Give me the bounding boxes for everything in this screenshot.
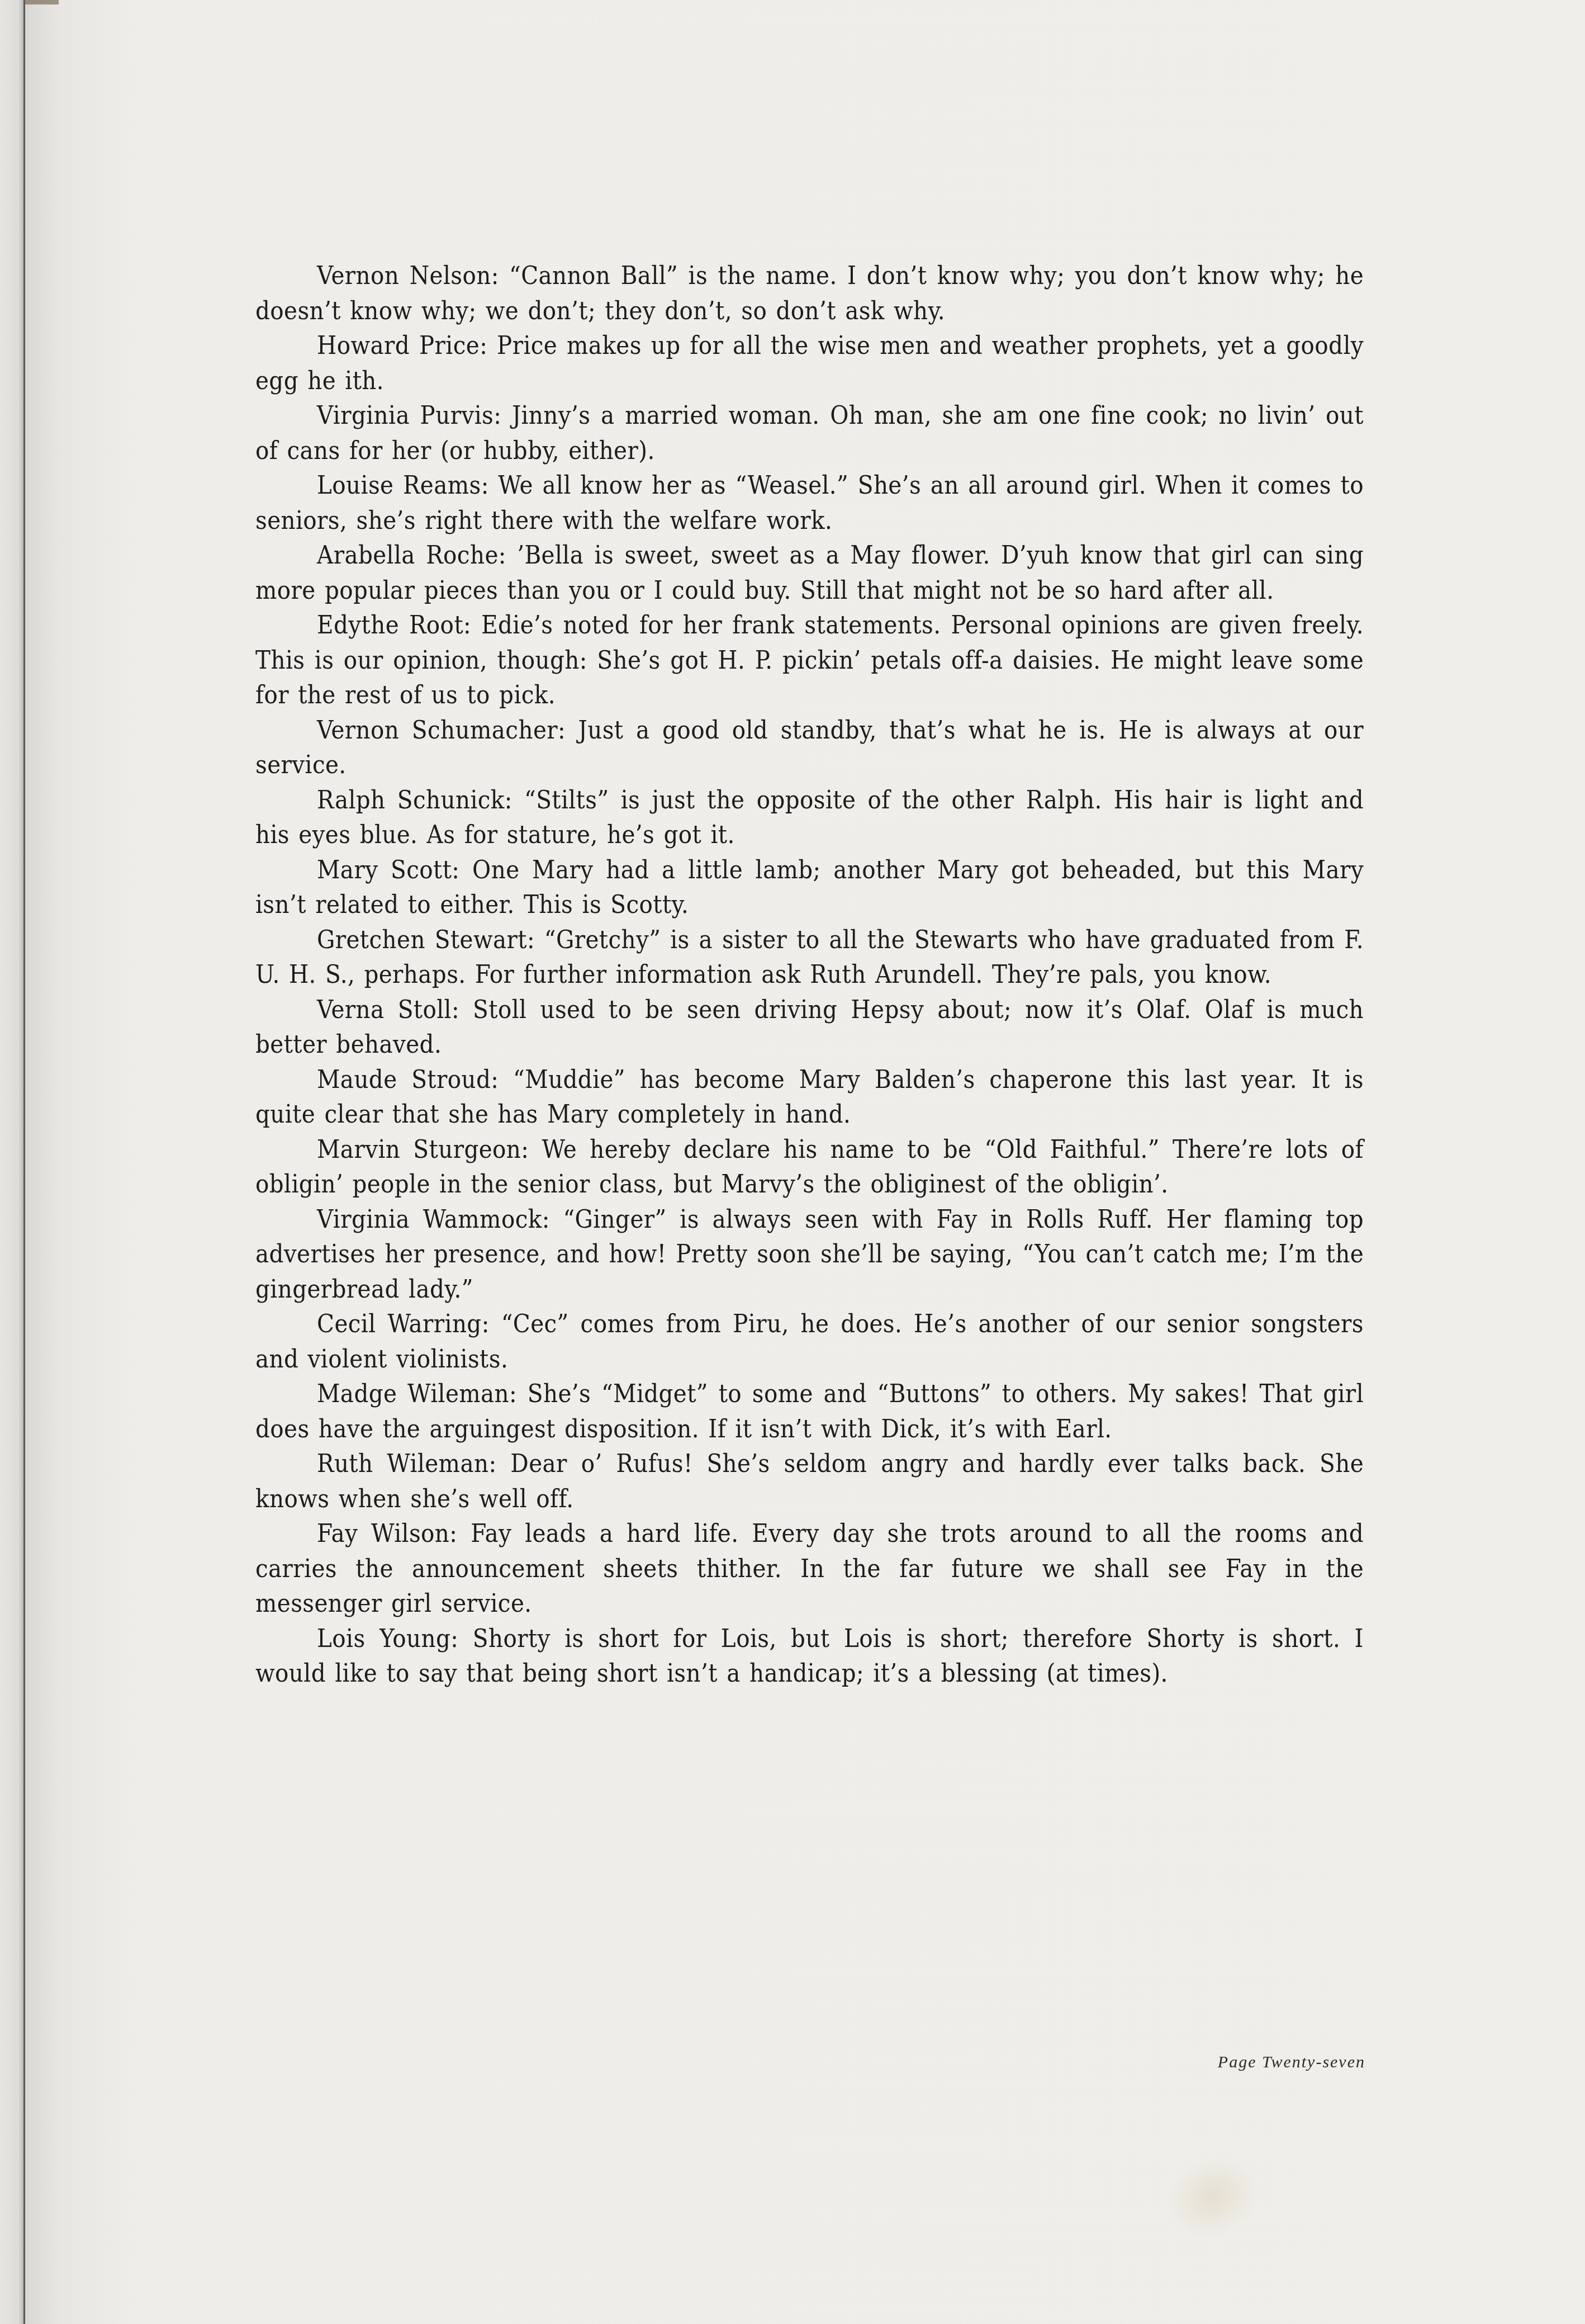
entry-separator: : xyxy=(558,715,578,745)
entry-name: Cecil Warring xyxy=(317,1309,482,1338)
entry-name: Ruth Wileman xyxy=(317,1449,488,1478)
entry-name: Vernon Schumacher xyxy=(317,715,558,745)
entry-arabella-roche: Arabella Roche: ’Bella is sweet, sweet a… xyxy=(255,538,1364,608)
senior-write-ups: Vernon Nelson: “Cannon Ball” is the name… xyxy=(255,258,1364,1691)
entry-separator: : xyxy=(449,1518,471,1548)
entry-name: Louise Reams xyxy=(317,470,481,500)
entry-separator: : xyxy=(491,1064,513,1094)
entry-maude-stroud: Maude Stroud: “Muddie” has become Mary B… xyxy=(255,1062,1364,1132)
entry-name: Marvin Sturgeon xyxy=(317,1134,521,1164)
entry-vernon-nelson: Vernon Nelson: “Cannon Ball” is the name… xyxy=(255,258,1364,328)
entry-name: Virginia Purvis xyxy=(317,400,493,430)
entry-separator: : xyxy=(542,1204,563,1234)
entry-marvin-sturgeon: Marvin Sturgeon: We hereby declare his n… xyxy=(255,1132,1364,1202)
entry-name: Howard Price xyxy=(317,330,480,360)
entry-louise-reams: Louise Reams: We all know her as “Weasel… xyxy=(255,468,1364,538)
entry-separator: : xyxy=(521,1134,542,1164)
entry-name: Mary Scott xyxy=(317,855,452,884)
entry-name: Vernon Nelson xyxy=(317,261,491,290)
entry-separator: : xyxy=(505,785,524,815)
entry-name: Maude Stroud xyxy=(317,1064,491,1094)
entry-lois-young: Lois Young: Shorty is short for Lois, bu… xyxy=(255,1621,1364,1691)
binding-shadow xyxy=(0,0,23,2324)
entry-name: Virginia Wammock xyxy=(317,1204,542,1234)
entry-edythe-root: Edythe Root: Edie’s noted for her frank … xyxy=(255,608,1364,713)
entry-separator: : xyxy=(480,330,497,360)
page-corner-shadow xyxy=(25,0,59,4)
entry-madge-wileman: Madge Wileman: She’s “Midget” to some an… xyxy=(255,1376,1364,1446)
entry-name: Madge Wileman xyxy=(317,1379,509,1408)
page-number: Page Twenty-seven xyxy=(1212,2053,1365,2072)
entry-separator: : xyxy=(499,540,517,570)
entry-virginia-purvis: Virginia Purvis: Jinny’s a married woman… xyxy=(255,398,1364,468)
entry-name: Fay Wilson xyxy=(317,1518,449,1548)
entry-separator: : xyxy=(482,1309,501,1338)
entry-separator: : xyxy=(463,610,481,640)
entry-separator: : xyxy=(491,261,509,290)
entry-gretchen-stewart: Gretchen Stewart: “Gretchy” is a sister … xyxy=(255,922,1364,992)
entry-cecil-warring: Cecil Warring: “Cec” comes from Piru, he… xyxy=(255,1307,1364,1376)
entry-name: Lois Young xyxy=(317,1624,450,1653)
entry-separator: : xyxy=(450,1624,473,1653)
entry-name: Arabella Roche xyxy=(317,540,499,570)
entry-name: Verna Stoll xyxy=(317,995,452,1024)
entry-separator: : xyxy=(481,470,499,500)
entry-separator: : xyxy=(488,1449,510,1478)
entry-virginia-wammock: Virginia Wammock: “Ginger” is always see… xyxy=(255,1202,1364,1307)
entry-separator: : xyxy=(452,855,472,884)
entry-vernon-schumacher: Vernon Schumacher: Just a good old stand… xyxy=(255,713,1364,783)
entry-howard-price: Howard Price: Price makes up for all the… xyxy=(255,328,1364,398)
entry-ralph-schunick: Ralph Schunick: “Stilts” is just the opp… xyxy=(255,783,1364,853)
entry-name: Edythe Root xyxy=(317,610,463,640)
entry-name: Gretchen Stewart xyxy=(317,925,527,954)
entry-name: Ralph Schunick xyxy=(317,785,505,815)
entry-mary-scott: Mary Scott: One Mary had a little lamb; … xyxy=(255,853,1364,922)
entry-separator: : xyxy=(493,400,512,430)
entry-ruth-wileman: Ruth Wileman: Dear o’ Rufus! She’s seldo… xyxy=(255,1446,1364,1516)
entry-separator: : xyxy=(452,995,473,1024)
entry-separator: : xyxy=(527,925,544,954)
entry-fay-wilson: Fay Wilson: Fay leads a hard life. Every… xyxy=(255,1516,1364,1621)
entry-separator: : xyxy=(509,1379,528,1408)
entry-verna-stoll: Verna Stoll: Stoll used to be seen drivi… xyxy=(255,992,1364,1062)
